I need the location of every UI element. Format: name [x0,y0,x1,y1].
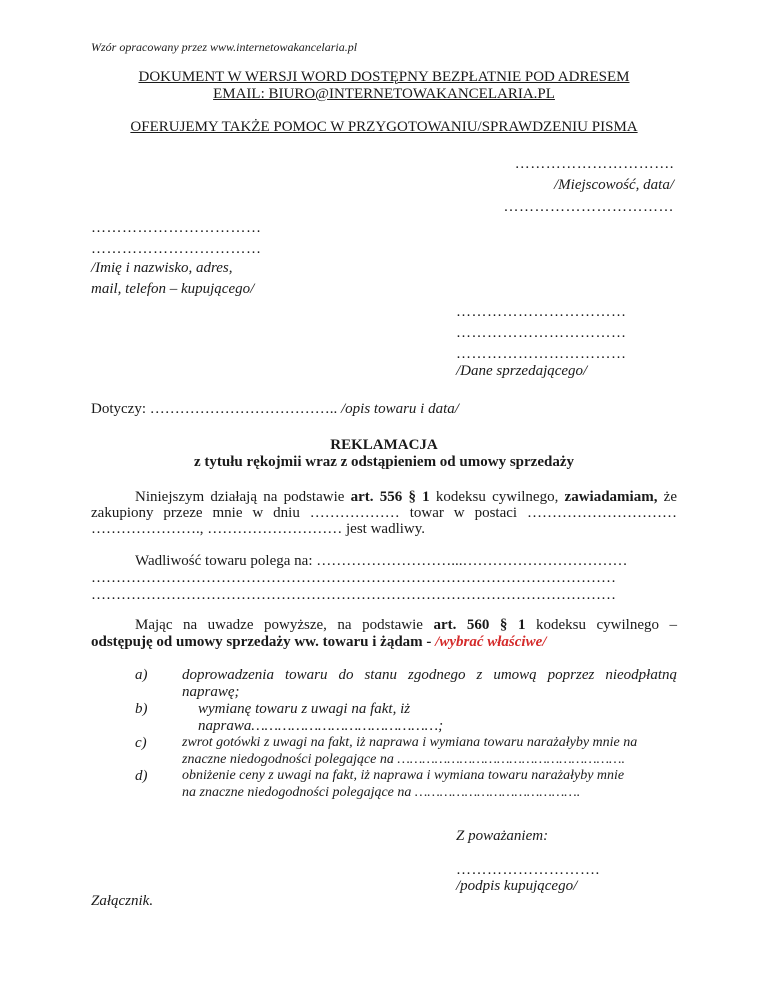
notice-email-line[interactable]: EMAIL: BIURO@INTERNETOWAKANCELARIA.PL [0,86,768,103]
para1-line3: …………………., ……………………… jest wadliwy. [91,521,425,538]
seller-field-1: …………………………… [456,304,627,321]
option-b-letter: b) [135,701,148,718]
signature-label: /podpis kupującego/ [456,878,577,895]
para1-line1: Niniejszym działają na podstawie art. 55… [91,489,677,506]
seller-field-3: …………………………… [456,346,627,363]
place-date-field-2: …………………………… [504,199,675,216]
subject-line: Dotyczy: ……………………………….. /opis towaru i d… [91,401,459,418]
option-a-line2: naprawę; [182,684,240,701]
place-date-label: /Miejscowość, data/ [554,177,674,194]
document-subtitle: z tytułu rękojmii wraz z odstąpieniem od… [0,454,768,471]
place-date-field: …………………………. [515,156,674,173]
option-d-line1: obniżenie ceny z uwagi na fakt, iż napra… [182,768,624,784]
option-c-line1: zwrot gotówki z uwagi na fakt, iż napraw… [182,735,637,751]
signature-field: ………………………. [456,862,600,879]
document-title: REKLAMACJA [0,437,768,454]
para3-line2: odstępuję od umowy sprzedaży ww. towaru … [91,634,546,651]
buyer-field-2: …………………………… [91,241,262,258]
option-c-letter: c) [135,735,147,752]
para2-line2: …………………………………………………………………………………………… [91,570,616,587]
buyer-field-1: …………………………… [91,220,262,237]
subject-dots: ……………………………….. [150,401,341,417]
option-b-line1: wymianę towaru z uwagi na fakt, iż [198,701,410,718]
option-a-line1: doprowadzenia towaru do stanu zgodnego z… [182,667,677,684]
para2-line1: Wadliwość towaru polega na: ………………………...… [135,553,628,570]
regards-text: Z poważaniem: [456,828,548,845]
para3-line1: Mając na uwadze powyższe, na podstawie a… [91,617,677,634]
option-b-line2: naprawa……………………………………; [198,718,443,735]
option-c-line2: znaczne niedogodności polegające na …………… [182,752,625,768]
seller-label: /Dane sprzedającego/ [456,363,587,380]
subject-prefix: Dotyczy: [91,401,150,417]
buyer-label-1: /Imię i nazwisko, adres, [91,260,233,277]
seller-field-2: …………………………… [456,325,627,342]
attribution-line: Wzór opracowany przez www.internetowakan… [91,40,357,55]
notice-line-1: DOKUMENT W WERSJI WORD DOSTĘPNY BEZPŁATN… [0,69,768,86]
para2-line3: …………………………………………………………………………………………… [91,587,616,604]
option-d-line2: na znaczne niedogodności polegające na …… [182,785,580,801]
option-a-letter: a) [135,667,148,684]
para1-line2: zakupiony przeze mnie w dniu ……………… towa… [91,505,677,522]
attachment-label: Załącznik. [91,893,153,910]
offer-line: OFERUJEMY TAKŻE POMOC W PRZYGOTOWANIU/SP… [0,119,768,136]
subject-hint: /opis towaru i data/ [341,401,459,417]
buyer-label-2: mail, telefon – kupującego/ [91,281,254,298]
option-d-letter: d) [135,768,148,785]
choose-hint: /wybrać właściwe/ [435,634,546,650]
